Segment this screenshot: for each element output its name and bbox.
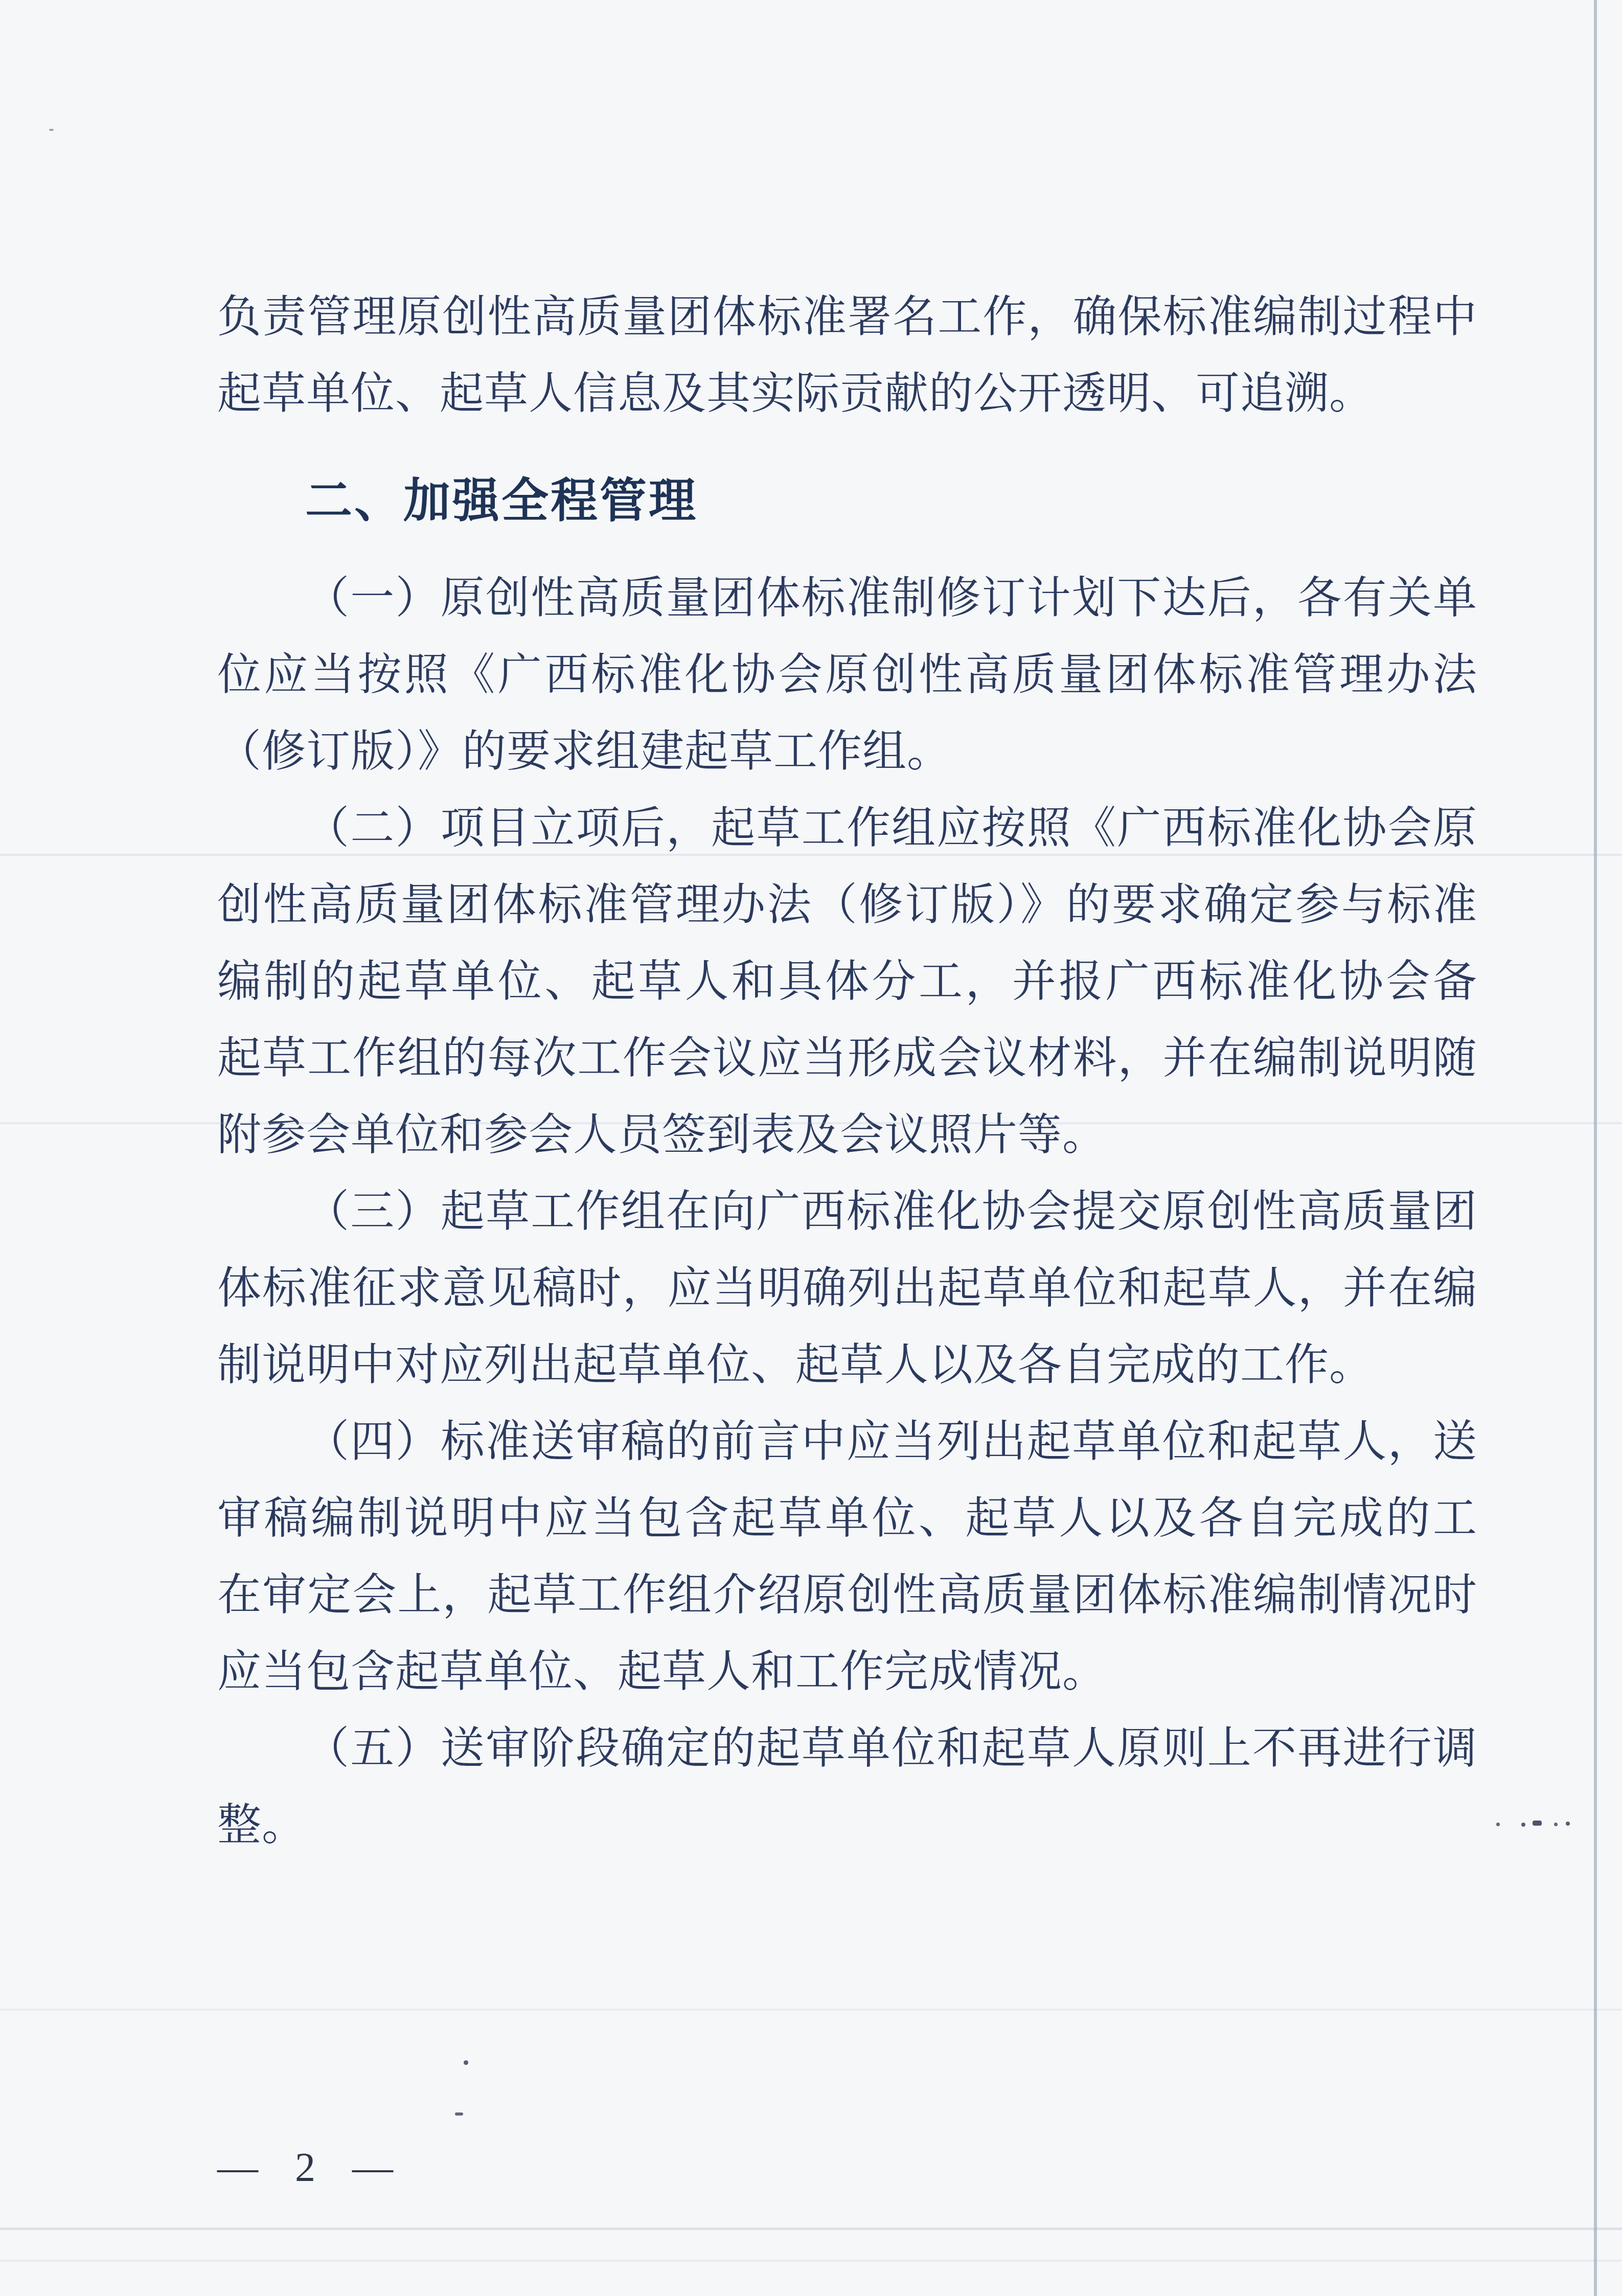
paragraph-line: 体标准征求意见稿时，应当明确列出起草单位和起草人，并在编 (217, 1250, 1477, 1327)
section-heading: 二、加强全程管理 (217, 458, 1477, 544)
paragraph-line: 位应当按照《广西标准化协会原创性高质量团体标准管理办法 (217, 636, 1477, 713)
paragraph-line: 在审定会上，起草工作组介绍原创性高质量团体标准编制情况时 (217, 1557, 1477, 1633)
scan-edge-line (1594, 0, 1597, 2296)
paragraph-line: 制说明中对应列出起草单位、起草人以及各自完成的工作。 (217, 1327, 1477, 1403)
ink-speck (1496, 1823, 1500, 1826)
paragraph-line: 整。 (217, 1787, 1477, 1863)
paragraph-line: 审稿编制说明中应当包含起草单位、起草人以及各自完成的工作。 (217, 1480, 1477, 1557)
paragraph-line: 编制的起草单位、起草人和具体分工，并报广西标准化协会备案。 (217, 943, 1477, 1020)
paragraph-line: 创性高质量团体标准管理办法（修订版）》的要求确定参与标准 (217, 867, 1477, 943)
page-number: — 2 — (217, 2145, 406, 2191)
scan-streak (0, 2227, 1622, 2230)
ink-speck (1566, 1822, 1570, 1826)
paragraph-line: （三）起草工作组在向广西标准化协会提交原创性高质量团 (217, 1173, 1477, 1250)
ink-speck (1554, 1823, 1558, 1826)
scan-streak (0, 2009, 1622, 2011)
scan-streak (0, 1122, 1622, 1124)
scan-streak (0, 854, 1622, 856)
ink-speck (464, 2060, 468, 2065)
paragraph-line: （修订版）》的要求组建起草工作组。 (217, 713, 1477, 790)
paragraph-line: 起草工作组的每次工作会议应当形成会议材料，并在编制说明随 (217, 1020, 1477, 1097)
paragraph-line: 应当包含起草单位、起草人和工作完成情况。 (217, 1633, 1477, 1710)
paragraph-line: （一）原创性高质量团体标准制修订计划下达后，各有关单 (217, 560, 1477, 636)
paragraph-line: （五）送审阶段确定的起草单位和起草人原则上不再进行调 (217, 1710, 1477, 1787)
paragraph-line: 负责管理原创性高质量团体标准署名工作，确保标准编制过程中 (217, 279, 1477, 355)
document-page: 负责管理原创性高质量团体标准署名工作，确保标准编制过程中 起草单位、起草人信息及… (0, 0, 1622, 2296)
ink-speck (455, 2112, 463, 2116)
ink-speck (49, 129, 54, 131)
paragraph-line: 附参会单位和参会人员签到表及会议照片等。 (217, 1097, 1477, 1173)
paragraph-line: 起草单位、起草人信息及其实际贡献的公开透明、可追溯。 (217, 355, 1477, 432)
document-body: 负责管理原创性高质量团体标准署名工作，确保标准编制过程中 起草单位、起草人信息及… (217, 279, 1477, 1863)
ink-speck (1533, 1821, 1542, 1826)
scan-streak (0, 2260, 1622, 2262)
paragraph-line: （四）标准送审稿的前言中应当列出起草单位和起草人，送 (217, 1403, 1477, 1480)
ink-speck (1521, 1823, 1525, 1827)
